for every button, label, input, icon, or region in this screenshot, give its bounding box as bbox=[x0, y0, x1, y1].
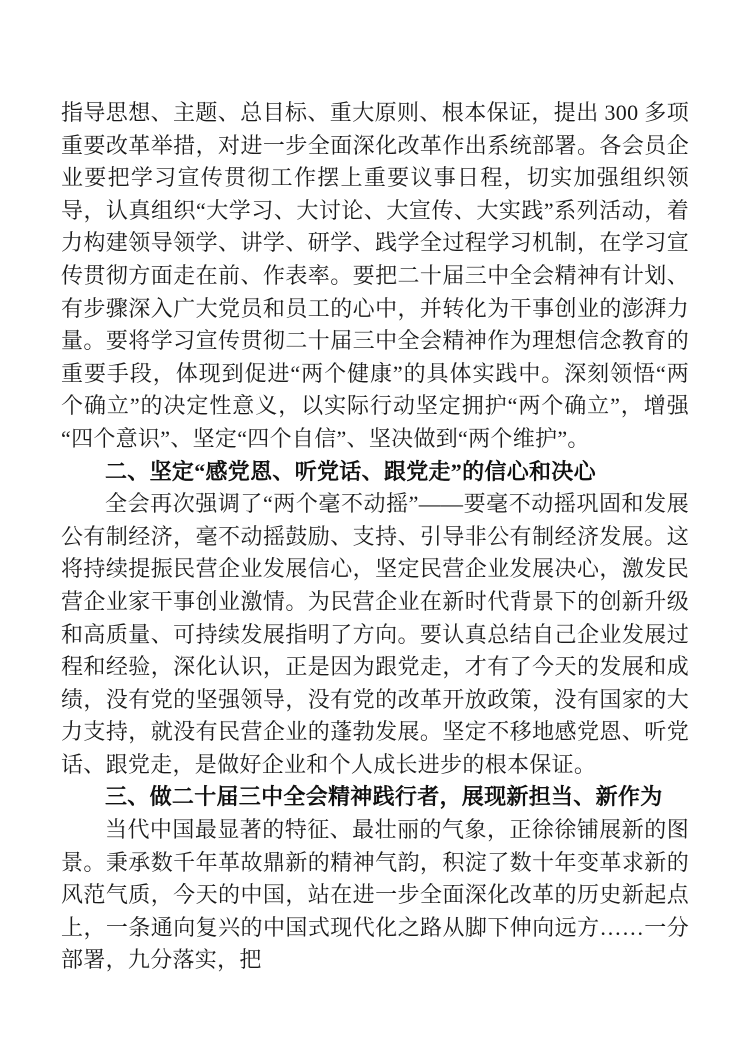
paragraph-continuation: 指导思想、主题、总目标、重大原则、根本保证，提出 300 多项重要改革举措，对进… bbox=[61, 97, 689, 456]
section-heading-three: 三、做二十届三中全会精神践行者，展现新担当、新作为 bbox=[61, 781, 689, 814]
document-page: 指导思想、主题、总目标、重大原则、根本保证，提出 300 多项重要改革举措，对进… bbox=[0, 0, 750, 1061]
section-heading-two: 二、坚定“感党恩、听党话、跟党走”的信心和决心 bbox=[61, 456, 689, 489]
paragraph-section-two: 全会再次强调了“两个毫不动摇”——要毫不动摇巩固和发展公有制经济，毫不动摇鼓励、… bbox=[61, 488, 689, 781]
paragraph-section-three: 当代中国最显著的特征、最壮丽的气象，正徐徐铺展新的图景。秉承数千年革故鼎新的精神… bbox=[61, 814, 689, 977]
